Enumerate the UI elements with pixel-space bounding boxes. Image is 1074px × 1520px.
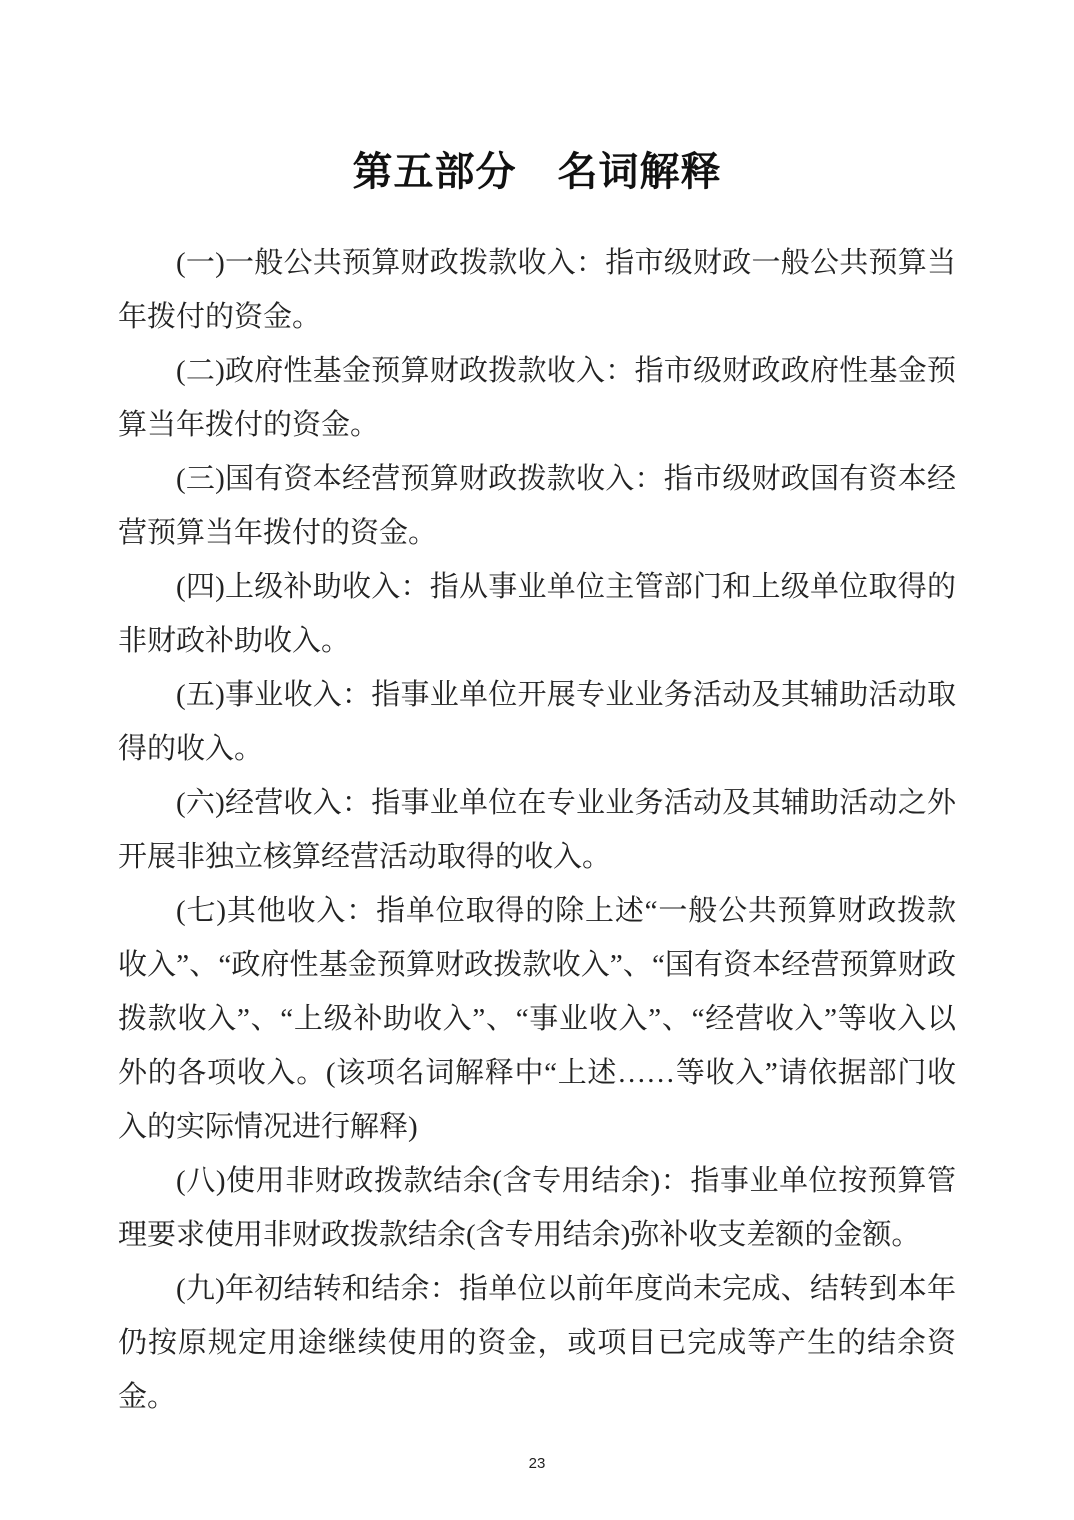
definition-paragraph-9: (九)年初结转和结余：指单位以前年度尚未完成、结转到本年仍按原规定用途继续使用的… — [118, 1262, 956, 1424]
definitions-list: (一)一般公共预算财政拨款收入：指市级财政一般公共预算当年拨付的资金。 (二)政… — [118, 236, 956, 1424]
definition-paragraph-1: (一)一般公共预算财政拨款收入：指市级财政一般公共预算当年拨付的资金。 — [118, 236, 956, 344]
definition-paragraph-6: (六)经营收入：指事业单位在专业业务活动及其辅助活动之外开展非独立核算经营活动取… — [118, 776, 956, 884]
definition-paragraph-2: (二)政府性基金预算财政拨款收入：指市级财政政府性基金预算当年拨付的资金。 — [118, 344, 956, 452]
definition-paragraph-7: (七)其他收入：指单位取得的除上述“一般公共预算财政拨款收入”、“政府性基金预算… — [118, 884, 956, 1154]
page-number: 23 — [0, 1455, 1074, 1472]
page-title: 第五部分 名词解释 — [0, 146, 1074, 198]
definition-paragraph-8: (八)使用非财政拨款结余(含专用结余)：指事业单位按预算管理要求使用非财政拨款结… — [118, 1154, 956, 1262]
definition-paragraph-4: (四)上级补助收入：指从事业单位主管部门和上级单位取得的非财政补助收入。 — [118, 560, 956, 668]
document-page: 第五部分 名词解释 (一)一般公共预算财政拨款收入：指市级财政一般公共预算当年拨… — [0, 0, 1074, 1520]
definition-paragraph-3: (三)国有资本经营预算财政拨款收入：指市级财政国有资本经营预算当年拨付的资金。 — [118, 452, 956, 560]
definition-paragraph-5: (五)事业收入：指事业单位开展专业业务活动及其辅助活动取得的收入。 — [118, 668, 956, 776]
